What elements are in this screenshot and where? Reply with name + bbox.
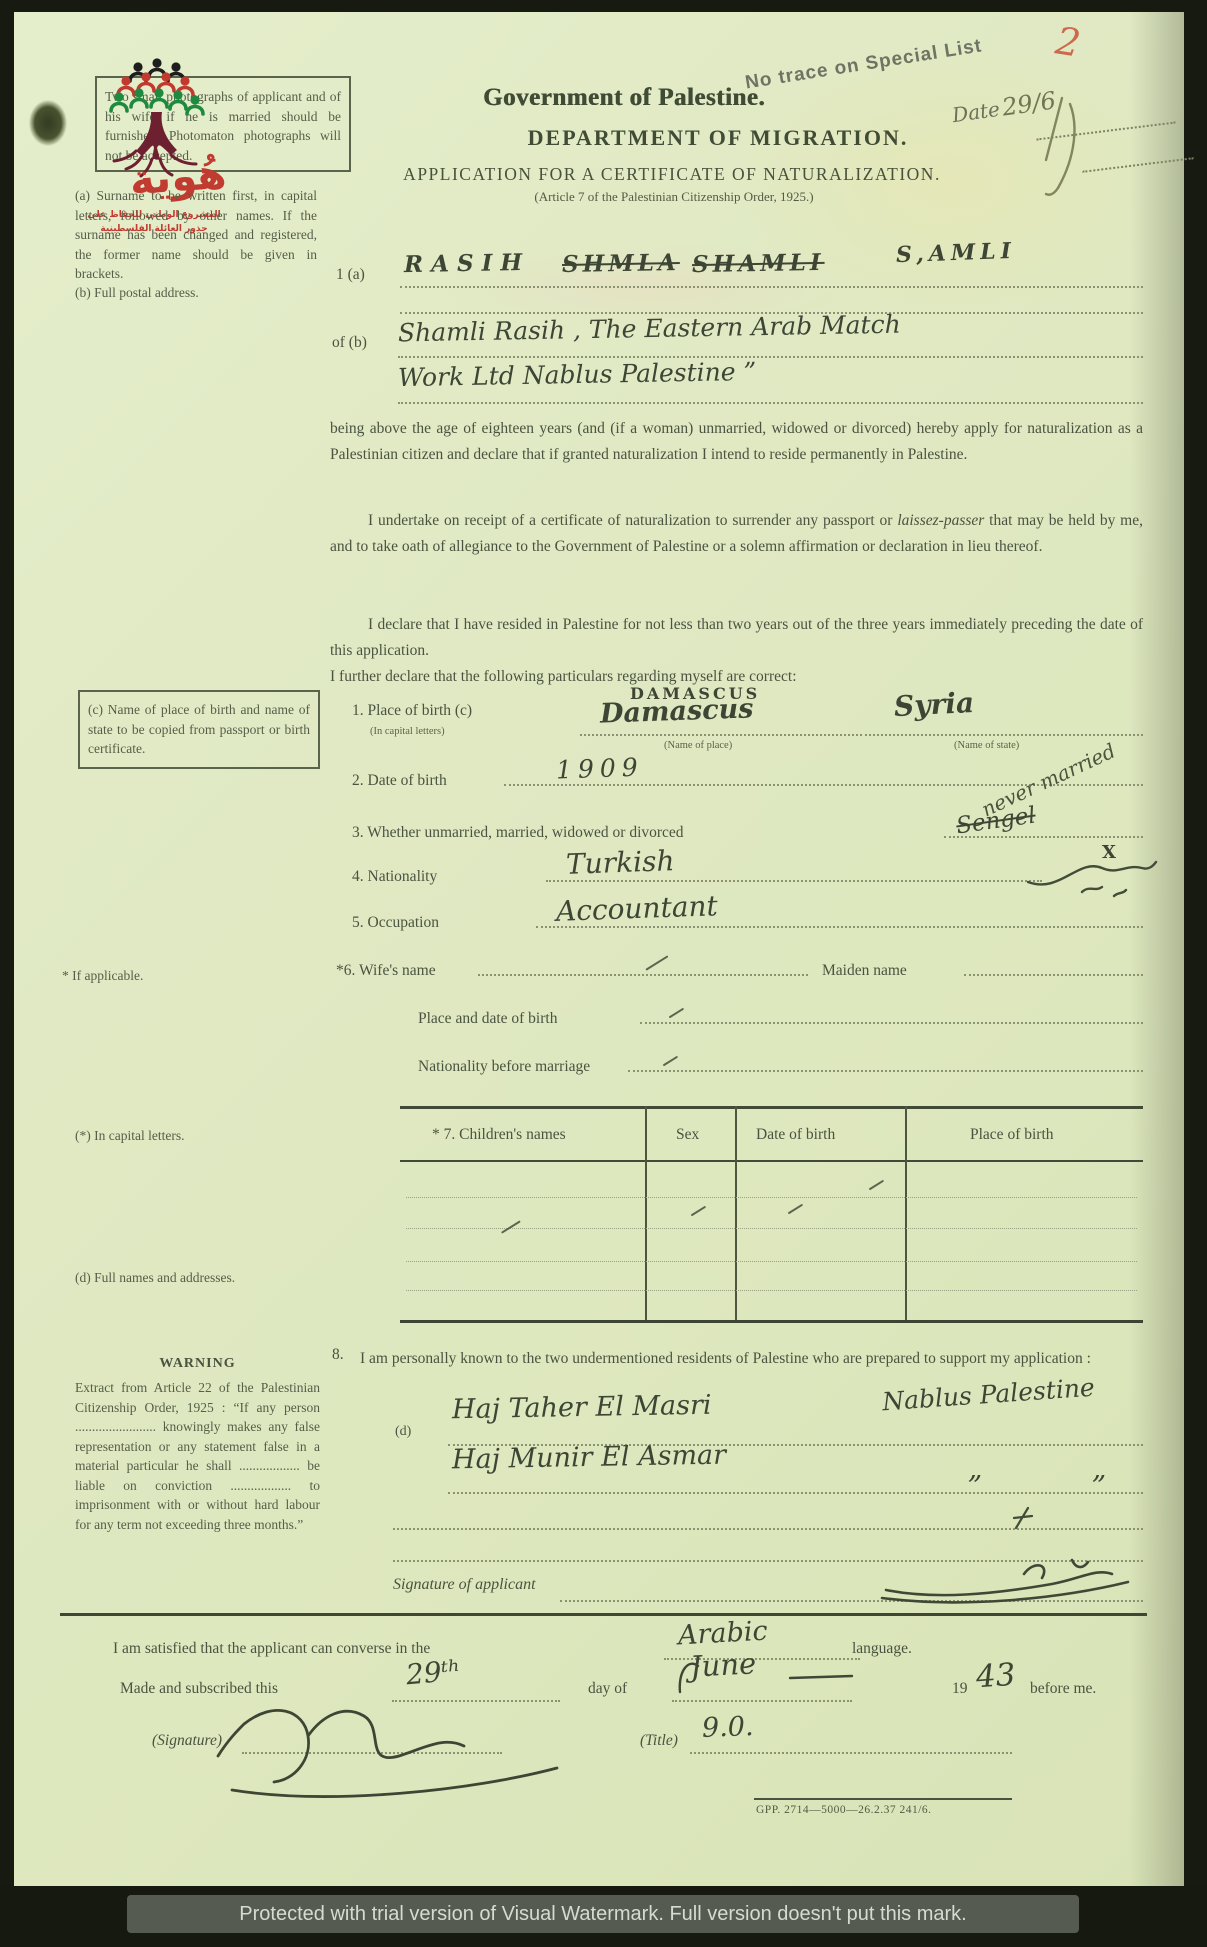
declaration-paragraph-1: being above the age of eighteen years (a…: [330, 416, 1143, 468]
referee-1-name: Haj Taher El Masri: [452, 1390, 712, 1426]
scanned-document-frame: Two small photographs of applicant and o…: [0, 0, 1207, 1947]
wife-place-dob-label: Place and date of birth: [418, 1010, 557, 1028]
date-of-birth-value: 1909: [556, 752, 645, 784]
margin-note-d: (d) Full names and addresses.: [75, 1268, 235, 1288]
watermark-bar: Protected with trial version of Visual W…: [127, 1895, 1079, 1933]
field-8-text: I am personally known to the two underme…: [360, 1346, 1143, 1372]
day-of-text: day of: [588, 1680, 627, 1698]
margin-note-a: (a) Surname to be written first, in capi…: [75, 186, 317, 284]
state-of-birth-script: Syria: [893, 686, 975, 723]
occupation-line: [536, 926, 1143, 928]
field-wife-name-label: *6. Wife's name: [336, 962, 436, 980]
blank-line-1: [393, 1528, 1143, 1530]
field-nationality-label: 4. Nationality: [352, 868, 437, 886]
state-line: [860, 734, 1143, 736]
wife-nationality-line: [628, 1070, 1143, 1072]
application-form-page: Two small photographs of applicant and o…: [14, 12, 1184, 1886]
nationality-arabic-flourish: [1022, 840, 1157, 906]
wife-place-line: [640, 1022, 1143, 1024]
maiden-name-line: [964, 974, 1143, 976]
address-line-1: [398, 356, 1143, 358]
name-line: [400, 286, 1143, 288]
children-table-col2-header: Sex: [676, 1126, 699, 1144]
none-mark-wife: [645, 955, 668, 971]
officer-signature: [212, 1694, 582, 1799]
none-mark-place: [669, 1008, 685, 1019]
name-entry-rasih: RASIH: [404, 249, 531, 278]
none-mark-table-date: [788, 1204, 804, 1215]
warning-title: WARNING: [75, 1356, 320, 1372]
day-value: 29ᵗʰ: [405, 1654, 462, 1692]
name-entry-samli: S,AMLI: [896, 238, 1017, 268]
para2-laissez-passer: laissez-passer: [897, 512, 984, 529]
name-of-place-sub: (Name of place): [664, 740, 732, 751]
ink-smudge: [24, 94, 72, 152]
field-date-of-birth-label: 2. Date of birth: [352, 772, 447, 790]
referee-2-line: [448, 1492, 1143, 1494]
warning-body: Extract from Article 22 of the Palestini…: [75, 1378, 320, 1534]
field-8-d-label: (d): [395, 1424, 411, 1440]
nationality-line: [546, 880, 1042, 882]
margin-note-capital-letters: (*) In capital letters.: [75, 1126, 184, 1146]
government-title: Government of Palestine.: [483, 84, 765, 112]
print-code: GPP. 2714—5000—26.2.37 241/6.: [756, 1804, 932, 1816]
referee-1-address: Nablus Palestine: [881, 1373, 1095, 1417]
section-divider-rule: [60, 1613, 1147, 1616]
place-line: [580, 734, 858, 736]
application-title: APPLICATION FOR A CERTIFICATE OF NATURAL…: [403, 164, 941, 185]
margin-note-if-applicable: * If applicable.: [62, 966, 143, 986]
declaration-paragraph-2: I undertake on receipt of a certificate …: [330, 508, 1143, 560]
name-entry-struck-2: SHAMLI: [692, 249, 825, 278]
month-line: [672, 1700, 852, 1702]
marital-line: [944, 836, 1143, 838]
children-row-line: [406, 1197, 1137, 1198]
margin-note-c-box: (c) Name of place of birth and name of s…: [78, 690, 320, 769]
referee-2-name: Haj Munir El Asmar: [452, 1440, 727, 1476]
referee-2-ditto-2: „: [1092, 1452, 1107, 1485]
watermark-text: Protected with trial version of Visual W…: [239, 1903, 966, 1926]
month-tail-stroke: [670, 1648, 860, 1708]
year-printed: 19: [952, 1680, 968, 1698]
field-place-capital-sub: (In capital letters): [370, 726, 445, 737]
children-row-line: [406, 1261, 1137, 1262]
field-marital-label: 3. Whether unmarried, married, widowed o…: [352, 824, 684, 842]
field-8-number: 8.: [332, 1346, 344, 1364]
children-row-line: [406, 1290, 1137, 1291]
children-table-col1-header: * 7. Children's names: [432, 1126, 566, 1144]
wife-nationality-label: Nationality before marriage: [418, 1058, 590, 1076]
occupation-value: Accountant: [555, 889, 718, 928]
department-title: DEPARTMENT OF MIGRATION.: [528, 125, 909, 151]
address-line-2: [398, 402, 1143, 404]
title-line: [690, 1752, 1012, 1754]
address-entry-line2: Work Ltd Nablus Palestine ”: [398, 357, 757, 392]
footer-overline: [754, 1798, 1012, 1800]
place-of-birth-script: Damascus: [600, 693, 754, 729]
children-table-col3-header: Date of birth: [756, 1126, 835, 1144]
wife-name-line: [478, 974, 808, 976]
name-of-state-sub: (Name of state): [954, 740, 1019, 751]
para2-pre: I undertake on receipt of a certificate …: [368, 512, 897, 529]
signature-of-applicant-label: Signature of applicant: [393, 1576, 536, 1594]
article-subtitle: (Article 7 of the Palestinian Citizenshi…: [534, 189, 813, 205]
before-me-text: before me.: [1030, 1680, 1096, 1698]
satisfied-text: I am satisfied that the applicant can co…: [113, 1640, 430, 1658]
children-table-bottom-border: [400, 1320, 1143, 1323]
year-value: 43: [975, 1657, 1017, 1696]
declaration-paragraph-3: I declare that I have resided in Palesti…: [330, 612, 1143, 664]
stamp-date-flourish: [1034, 90, 1144, 200]
none-mark-nat: [663, 1056, 679, 1067]
applicant-signature-arabic: [874, 1546, 1134, 1608]
none-mark-table-place: [869, 1180, 885, 1191]
none-mark-table-sex: [691, 1206, 707, 1217]
maiden-name-label: Maiden name: [822, 962, 907, 980]
children-table-top-border: [400, 1106, 1143, 1109]
margin-note-b: (b) Full postal address.: [75, 283, 317, 303]
title-label: (Title): [640, 1732, 678, 1750]
nationality-value: Turkish: [565, 844, 675, 881]
language-word: language.: [852, 1640, 912, 1658]
title-value: 9.0.: [701, 1711, 754, 1744]
field-occupation-label: 5. Occupation: [352, 914, 439, 932]
scan-shadow-right: [1129, 12, 1184, 1886]
children-row-line: [406, 1228, 1137, 1229]
field-1a-label: 1 (a): [336, 266, 365, 284]
field-b-label: of (b): [332, 334, 367, 352]
name-entry-struck-1: SHMLA: [562, 249, 680, 278]
field-place-of-birth-label: 1. Place of birth (c): [352, 702, 472, 720]
children-table-col4-header: Place of birth: [970, 1126, 1054, 1144]
referee-2-ditto-1: „: [968, 1452, 983, 1485]
children-table-header-border: [400, 1160, 1143, 1162]
